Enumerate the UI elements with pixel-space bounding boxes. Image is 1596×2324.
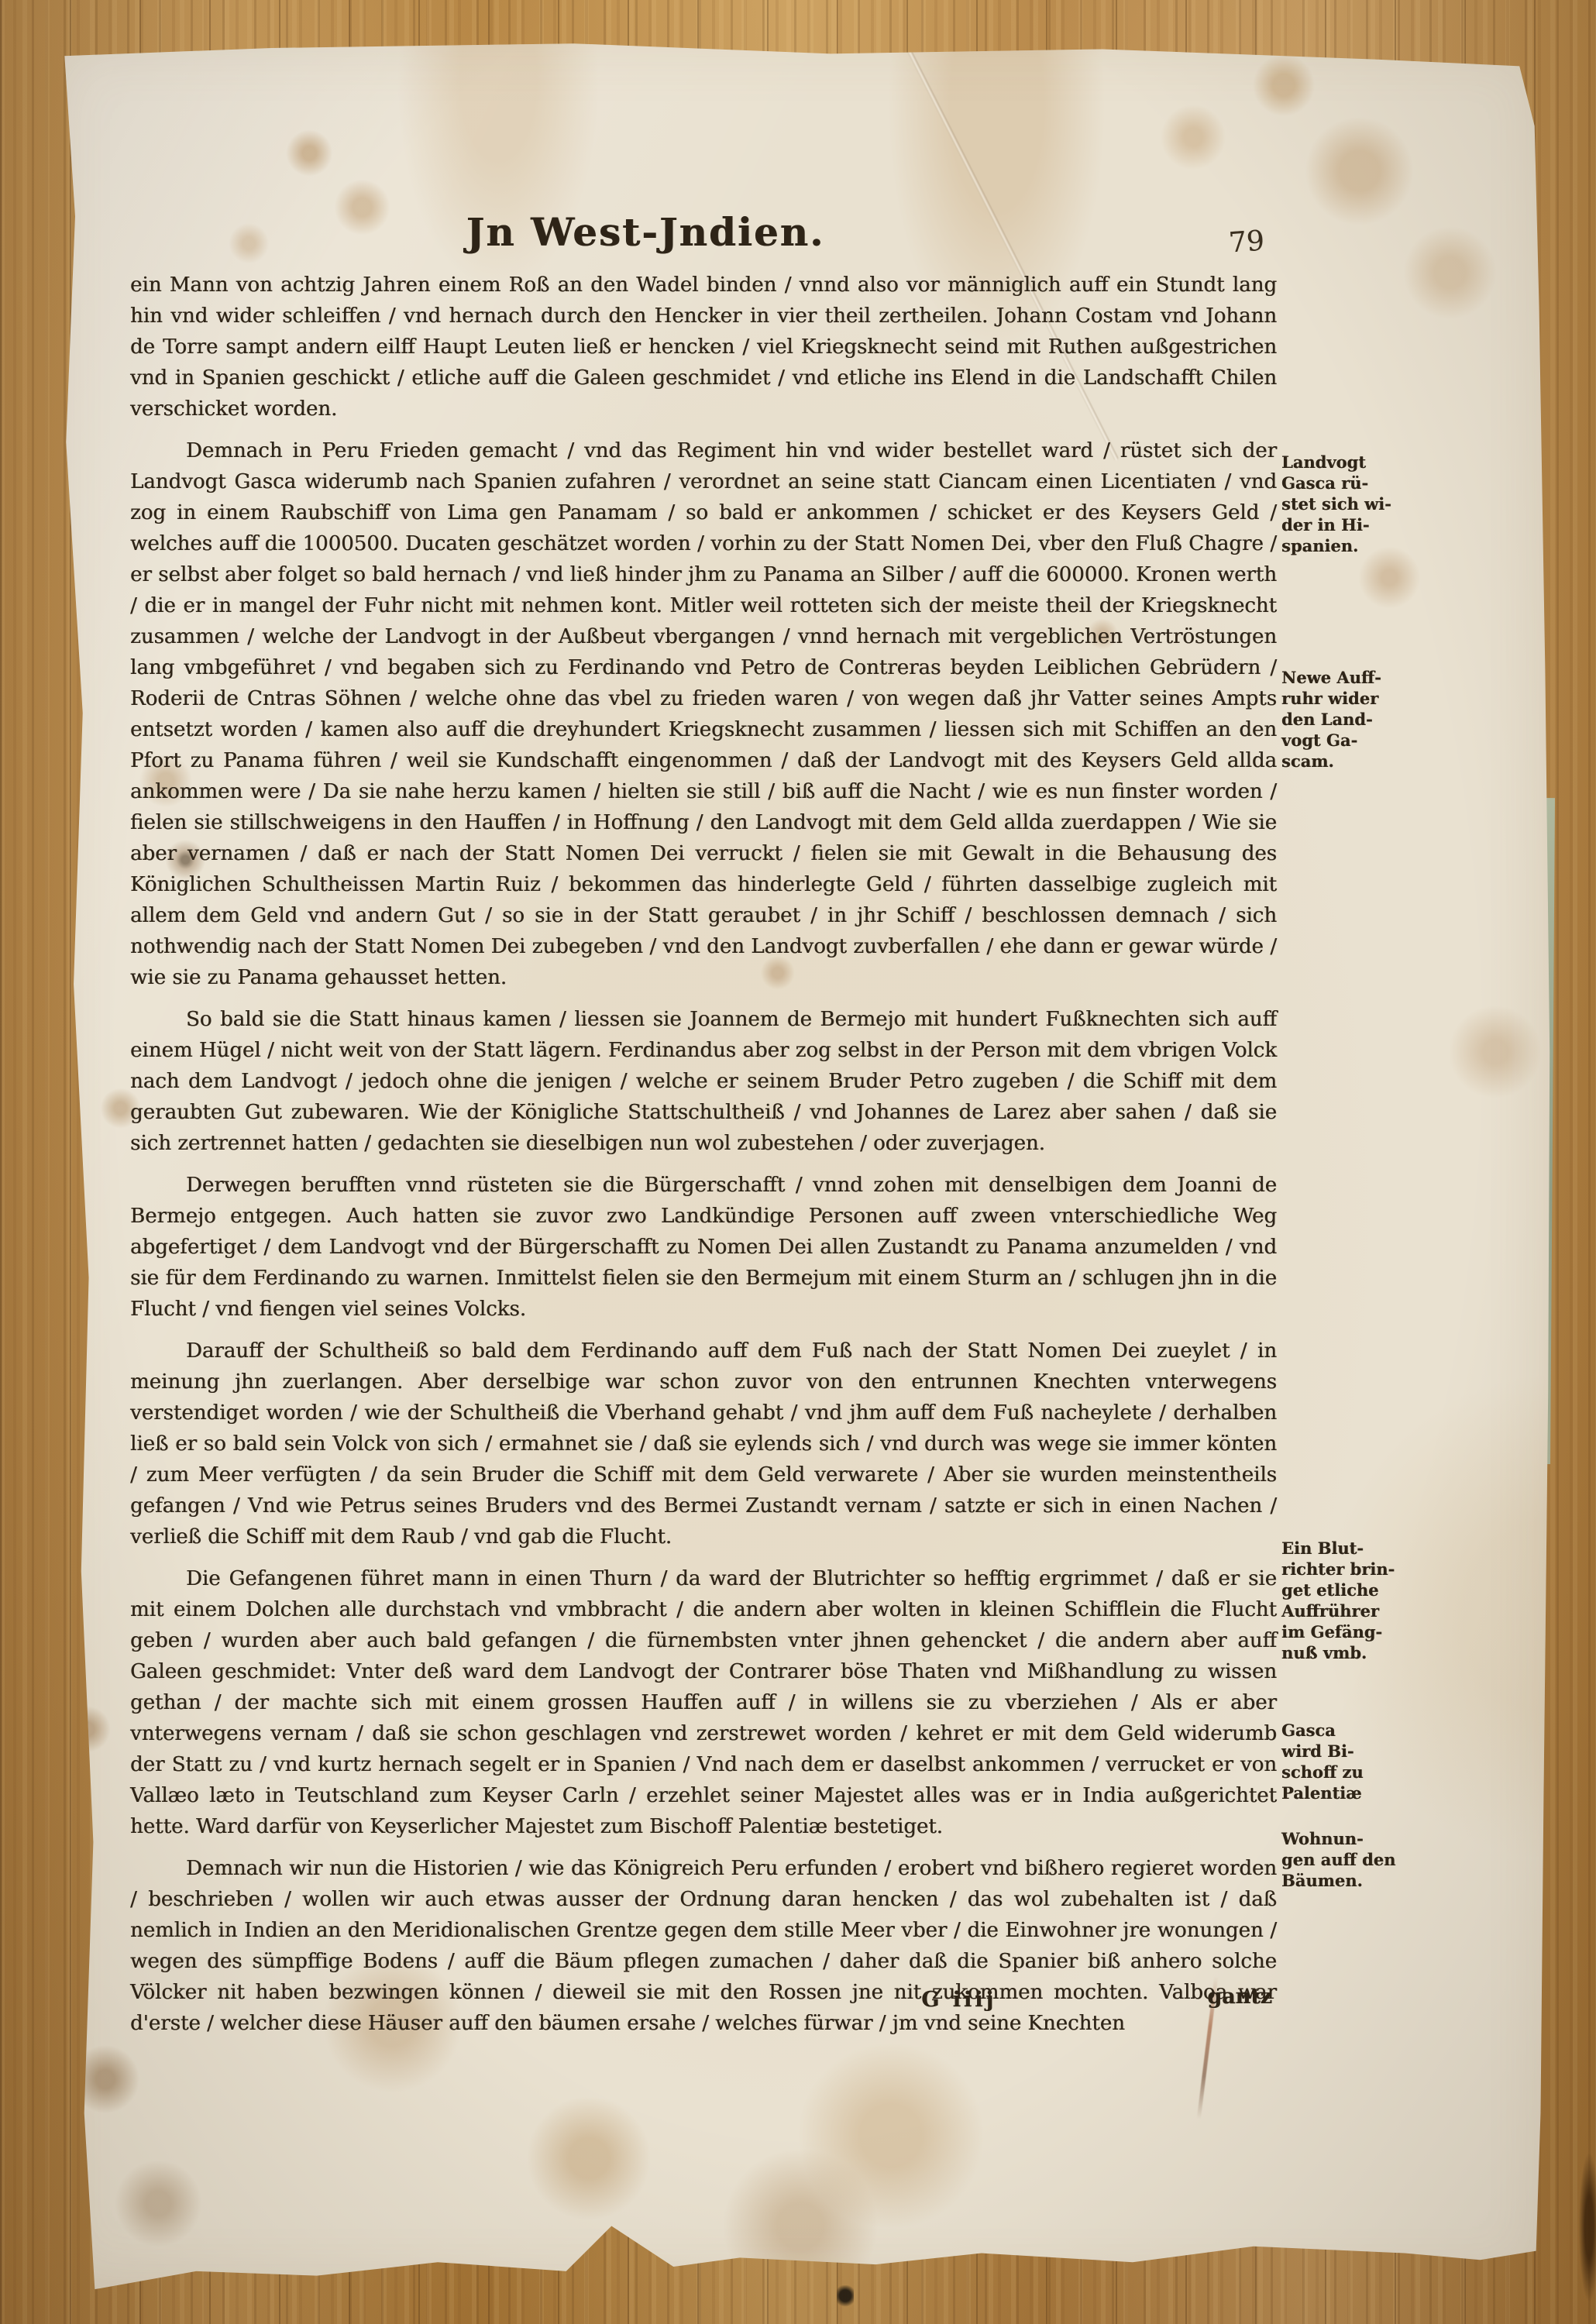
page-number: 79 bbox=[1228, 225, 1266, 259]
paper-page: Jn West-Jndien. 79 ein Mann von achtzig … bbox=[45, 36, 1556, 2294]
paragraph: Die Gefangenen führet mann in einen Thur… bbox=[130, 1563, 1277, 1842]
page-header-title: Jn West-Jndien. bbox=[466, 209, 825, 255]
margin-note-new-revolt: Newe Auff- ruhr wider den Land- vogt Ga-… bbox=[1281, 667, 1425, 772]
margin-note-gasca-returns: Landvogt Gasca rü- stet sich wi- der in … bbox=[1281, 452, 1425, 556]
photo-of-antique-book-page: Jn West-Jndien. 79 ein Mann von achtzig … bbox=[0, 0, 1596, 2324]
paragraph: Derwegen berufften vnnd rüsteten sie die… bbox=[130, 1170, 1277, 1325]
signature-line: G iiij gantz bbox=[130, 1988, 1277, 2022]
signature-mark: G iiij bbox=[921, 1988, 996, 2012]
paragraph: Darauff der Schultheiß so bald dem Ferdi… bbox=[130, 1336, 1277, 1552]
margin-note-tree-dwellings: Wohnun- gen auff den Bäumen. bbox=[1281, 1828, 1425, 1891]
text-body: ein Mann von achtzig Jahren einem Roß an… bbox=[130, 270, 1277, 2050]
catchword: gantz bbox=[1207, 1985, 1272, 2009]
paragraph: ein Mann von achtzig Jahren einem Roß an… bbox=[130, 270, 1277, 425]
margin-note-bishop-palentia: Gasca wird Bi- schoff zu Palentiæ bbox=[1281, 1720, 1425, 1803]
paragraph: So bald sie die Statt hinaus kamen / lie… bbox=[130, 1004, 1277, 1159]
margin-note-blood-judge: Ein Blut- richter brin- get etliche Auff… bbox=[1281, 1538, 1425, 1663]
wood-knot-mark bbox=[1579, 2154, 1596, 2301]
paragraph: Demnach in Peru Frieden gemacht / vnd da… bbox=[130, 435, 1277, 993]
wood-debris-speck bbox=[837, 2285, 854, 2309]
running-header: Jn West-Jndien. bbox=[130, 209, 1277, 255]
